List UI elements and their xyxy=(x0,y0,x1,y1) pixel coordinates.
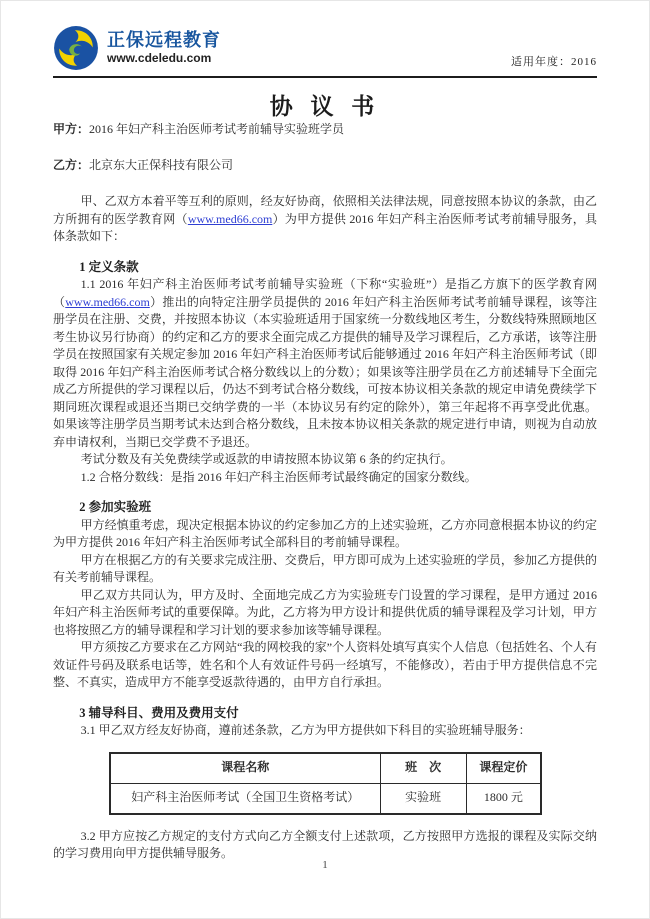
party-a-line: 甲方：2016 年妇产科主治医师考试考前辅导实验班学员 xyxy=(53,121,597,139)
cell-course-name: 妇产科主治医师考试（全国卫生资格考试） xyxy=(110,783,380,814)
applicable-year-label: 适用年度：2016 xyxy=(511,53,597,71)
brand-logo-block: 正保远程教育 www.cdeledu.com xyxy=(53,25,221,71)
cell-course-price: 1800 元 xyxy=(466,783,541,814)
zhengbao-swirl-logo-icon xyxy=(53,25,99,71)
party-a-value: 2016 年妇产科主治医师考试考前辅导实验班学员 xyxy=(89,122,344,136)
column-header-course-price: 课程定价 xyxy=(466,753,541,784)
clause-1-2: 1.2 合格分数线：是指 2016 年妇产科主治医师考试最终确定的国家分数线。 xyxy=(53,469,597,487)
table-row: 妇产科主治医师考试（全国卫生资格考试） 实验班 1800 元 xyxy=(110,783,541,814)
party-b-label: 乙方： xyxy=(53,158,89,172)
column-header-class-type: 班 次 xyxy=(380,753,466,784)
brand-site-url[interactable]: www.cdeledu.com xyxy=(107,52,221,65)
party-b-value: 北京东大正保科技有限公司 xyxy=(89,158,233,172)
cell-class-type: 实验班 xyxy=(380,783,466,814)
page-number: 1 xyxy=(1,859,649,871)
agreement-document-page: 正保远程教育 www.cdeledu.com 适用年度：2016 协 议 书 甲… xyxy=(0,0,650,919)
party-b-line: 乙方：北京东大正保科技有限公司 xyxy=(53,157,597,175)
section-1-heading: 1 定义条款 xyxy=(53,259,597,277)
brand-name: 正保远程教育 xyxy=(107,31,221,51)
med66-link-2[interactable]: www.med66.com xyxy=(65,295,150,309)
clause-3-1: 3.1 甲乙双方经友好协商，遵前述条款，乙方为甲方提供如下科目的实验班辅导服务： xyxy=(53,722,597,740)
clause-1-1: 1.1 2016 年妇产科主治医师考试考前辅导实验班（下称“实验班”）是指乙方旗… xyxy=(53,276,597,451)
section-2-heading: 2 参加实验班 xyxy=(53,499,597,517)
clause-1-score-note: 考试分数及有关免费续学或返款的申请按照本协议第 6 条的约定执行。 xyxy=(53,451,597,469)
clause-3-2: 3.2 甲方应按乙方规定的支付方式向乙方全额支付上述款项，乙方按照甲方选报的课程… xyxy=(53,828,597,863)
clause-2-p4: 甲方须按乙方要求在乙方网站“我的网校我的家”个人资料处填写真实个人信息（包括姓名… xyxy=(53,639,597,692)
table-header-row: 课程名称 班 次 课程定价 xyxy=(110,753,541,784)
intro-paragraph: 甲、乙双方本着平等互利的原则，经友好协商，依照相关法律法规，同意按照本协议的条款… xyxy=(53,193,597,246)
brand-text-block: 正保远程教育 www.cdeledu.com xyxy=(107,31,221,66)
party-a-label: 甲方： xyxy=(53,122,89,136)
section-3-heading: 3 辅导科目、费用及费用支付 xyxy=(53,705,597,723)
clause-2-p1: 甲方经慎重考虑，现决定根据本协议的约定参加乙方的上述实验班，乙方亦同意根据本协议… xyxy=(53,517,597,552)
document-body: 甲方：2016 年妇产科主治医师考试考前辅导实验班学员 乙方：北京东大正保科技有… xyxy=(53,121,597,863)
column-header-course-name: 课程名称 xyxy=(110,753,380,784)
clause-1-1-text-post: ）推出的向特定注册学员提供的 2016 年妇产科主治医师考试考前辅导课程，该等注… xyxy=(53,295,597,449)
course-fee-table: 课程名称 班 次 课程定价 妇产科主治医师考试（全国卫生资格考试） 实验班 18… xyxy=(109,752,542,815)
clause-2-p2: 甲方在根据乙方的有关要求完成注册、交费后，甲方即可成为上述实验班的学员，参加乙方… xyxy=(53,552,597,587)
document-title: 协 议 书 xyxy=(1,88,649,121)
med66-link[interactable]: www.med66.com xyxy=(188,212,273,226)
clause-2-p3: 甲乙双方共同认为，甲方及时、全面地完成乙方为实验班专门设置的学习课程，是甲方通过… xyxy=(53,587,597,640)
document-header: 正保远程教育 www.cdeledu.com 适用年度：2016 xyxy=(53,1,597,78)
